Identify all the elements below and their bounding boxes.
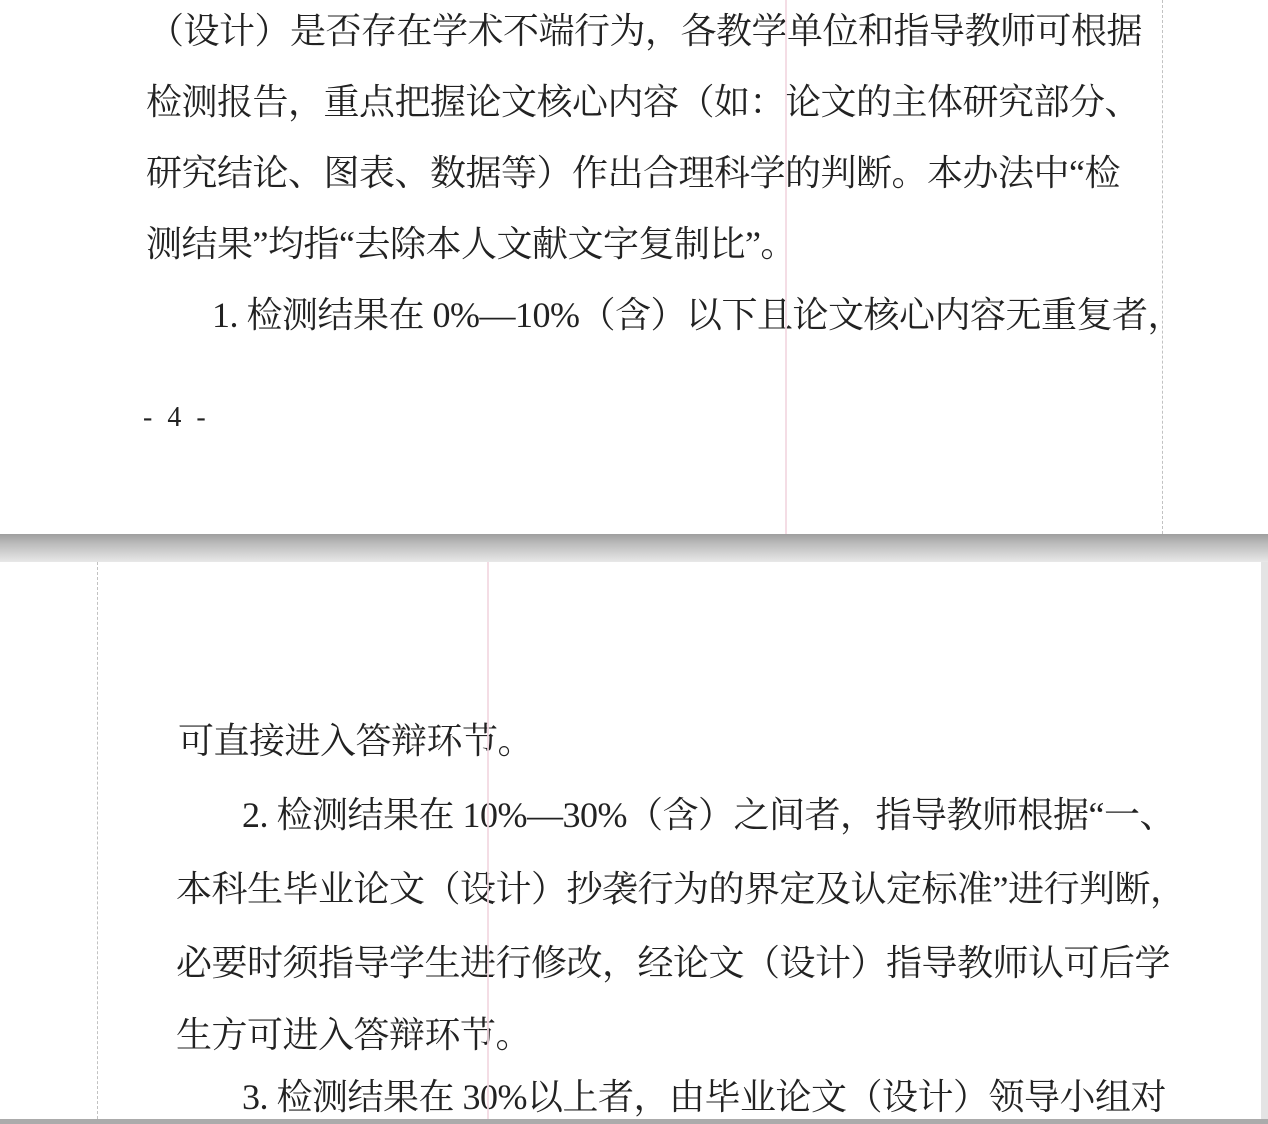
text-line: 研究结论、图表、数据等）作出合理科学的判断。本办法中“检 — [146, 152, 1120, 195]
text-line: 本科生毕业论文（设计）抄袭行为的界定及认定标准”进行判断， — [176, 868, 1185, 911]
text-line: 必要时须指导学生进行修改，经论文（设计）指导教师认可后学 — [176, 942, 1170, 985]
text-line: 3. 检测结果在 30%以上者，由毕业论文（设计）领导小组对 — [242, 1076, 1166, 1119]
text-line: 1. 检测结果在 0%—10%（含）以下且论文核心内容无重复者， — [212, 294, 1183, 337]
scan-artifact-pink-line — [487, 562, 489, 1119]
document-page-bottom: 可直接进入答辩环节。 2. 检测结果在 10%—30%（含）之间者，指导教师根据… — [0, 562, 1268, 1119]
document-viewer[interactable]: （设计）是否存在学术不端行为，各教学单位和指导教师可根据 检测报告，重点把握论文… — [0, 0, 1268, 1124]
page-separator — [0, 534, 1268, 562]
text-line: 测结果”均指“去除本人文献文字复制比”。 — [146, 223, 796, 266]
text-line: 检测报告，重点把握论文核心内容（如：论文的主体研究部分、 — [146, 81, 1140, 124]
page-fold-line — [97, 562, 98, 1119]
page-number: - 4 - — [143, 402, 210, 434]
text-line: 生方可进入答辩环节。 — [176, 1014, 531, 1057]
text-line: 可直接进入答辩环节。 — [178, 720, 533, 763]
text-line: （设计）是否存在学术不端行为，各教学单位和指导教师可根据 — [148, 10, 1142, 53]
text-line: 2. 检测结果在 10%—30%（含）之间者，指导教师根据“一、 — [242, 794, 1175, 837]
page-fold-line — [1162, 0, 1163, 534]
page-edge-strip — [1261, 562, 1268, 1119]
document-page-top: （设计）是否存在学术不端行为，各教学单位和指导教师可根据 检测报告，重点把握论文… — [0, 0, 1268, 534]
page-bottom-edge — [0, 1119, 1268, 1124]
scan-artifact-pink-line — [785, 0, 787, 534]
